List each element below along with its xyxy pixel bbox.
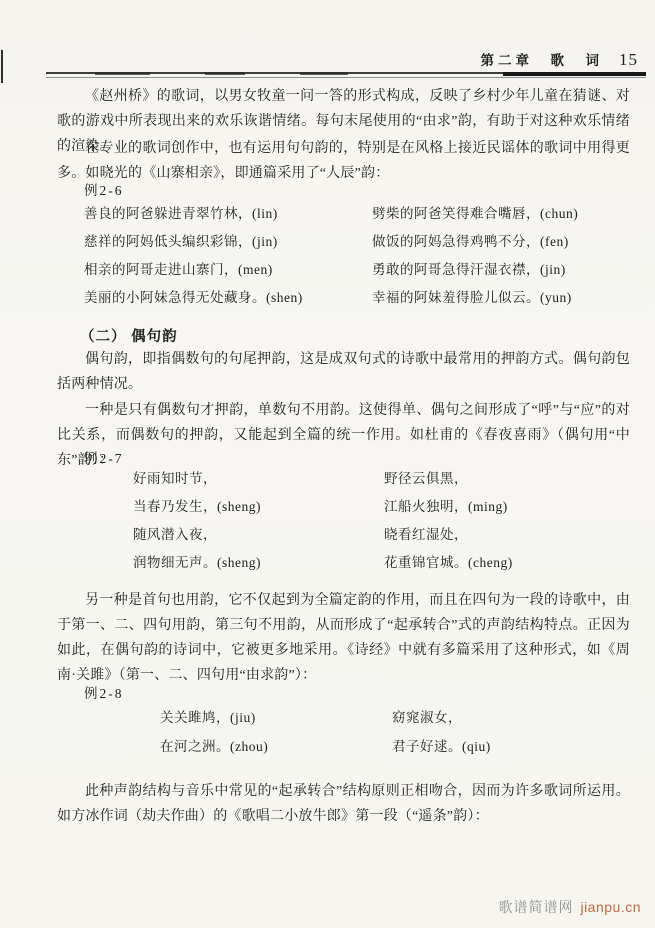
verse-line: 窈窕淑女， (392, 703, 491, 732)
poem-line: 润物细无声。(sheng) (133, 549, 261, 577)
watermark-site-url: jianpu.cn (580, 899, 641, 915)
verse-line: 美丽的小阿妹急得无处藏身。(shen) (84, 284, 303, 312)
verse-2-8-right-column: 窈窕淑女， 君子好逑。(qiu) (392, 703, 491, 761)
paragraph-oujuyun-intro: 偶句韵，即指偶数句的句尾押韵，这是成双句式的诗歌中最常用的押韵方式。偶句韵包括两… (57, 347, 630, 397)
paragraph-first-line-rhyme: 另一种是首句也用韵，它不仅起到为全篇定韵的作用，而且在四句为一段的诗歌中，由于第… (57, 588, 630, 688)
header-rule-dark-segment (503, 72, 646, 76)
rule-dash (205, 72, 245, 75)
verse-line: 劈柴的阿爸笑得难合嘴唇，(chun) (372, 200, 578, 228)
example-2-7-label: 例2-7 (84, 447, 124, 467)
scan-edge-artifact (1, 50, 3, 83)
verse-line: 相亲的阿哥走进山寨门，(men) (84, 256, 303, 284)
paragraph-qichengzhuanhe: 此种声韵结构与音乐中常见的“起承转合”结构原则正相吻合，因而为许多歌词所运用。如… (57, 779, 630, 829)
chapter-title: 第二章 歌 词 (481, 49, 604, 69)
poem-line: 随风潜入夜， (133, 521, 261, 549)
poem-line: 野径云俱黑， (384, 465, 513, 493)
poem-line: 花重锦官城。(cheng) (384, 549, 513, 577)
running-head: 第二章 歌 词 15 (481, 49, 639, 70)
example-2-6-label: 例2-6 (84, 179, 124, 199)
verse-line: 君子好逑。(qiu) (392, 732, 491, 761)
rule-dash (300, 72, 348, 75)
verse-line: 做饭的阿妈急得鸡鸭不分，(fen) (372, 228, 578, 256)
verse-line: 勇敢的阿哥急得汗湿衣襟，(jin) (372, 256, 578, 284)
section-heading-oujuyun: （二） 偶句韵 (80, 325, 178, 346)
verse-line: 关关雎鸠，(jiu) (160, 703, 268, 732)
watermark-site-name: 歌谱简谱网 (498, 897, 573, 917)
poem-line: 当春乃发生，(sheng) (133, 493, 261, 521)
verse-2-8-left-column: 关关雎鸠，(jiu) 在河之洲。(zhou) (160, 703, 268, 761)
verse-2-6-right-column: 劈柴的阿爸笑得难合嘴唇，(chun) 做饭的阿妈急得鸡鸭不分，(fen) 勇敢的… (372, 200, 578, 312)
page-number: 15 (619, 50, 638, 70)
poem-line: 好雨知时节， (133, 465, 261, 493)
verse-line: 在河之洲。(zhou) (160, 732, 268, 761)
poem-line: 晓看红湿处， (384, 521, 513, 549)
poem-2-7-left-column: 好雨知时节， 当春乃发生，(sheng) 随风潜入夜， 润物细无声。(sheng… (133, 465, 261, 577)
verse-line: 慈祥的阿妈低头编织彩锦，(jin) (84, 228, 303, 256)
verse-line: 幸福的阿妹羞得脸儿似云。(yun) (372, 284, 578, 312)
poem-line: 江船火独明，(ming) (384, 493, 513, 521)
site-watermark: 歌谱简谱网 jianpu.cn (498, 897, 641, 917)
verse-2-6-left-column: 善良的阿爸躲进青翠竹林，(lin) 慈祥的阿妈低头编织彩锦，(jin) 相亲的阿… (84, 200, 303, 312)
rule-dash (95, 72, 150, 75)
scanned-book-page: 第二章 歌 词 15 《赵州桥》的歌词，以男女牧童一问一答的形式构成，反映了乡村… (0, 0, 655, 928)
paragraph-even-line-rhyme: 一种是只有偶数句才押韵，单数句不用韵。这使得单、偶句之间形成了“呼”与“应”的对… (57, 398, 630, 473)
example-2-8-label: 例2-8 (84, 682, 124, 702)
verse-line: 善良的阿爸躲进青翠竹林，(lin) (84, 200, 303, 228)
poem-2-7-right-column: 野径云俱黑， 江船火独明，(ming) 晓看红湿处， 花重锦官城。(cheng) (384, 465, 513, 577)
paragraph-professional-lyrics: 在专业的歌词创作中，也有运用句句韵的，特别是在风格上接近民谣体的歌词中用得更多。… (57, 136, 630, 186)
